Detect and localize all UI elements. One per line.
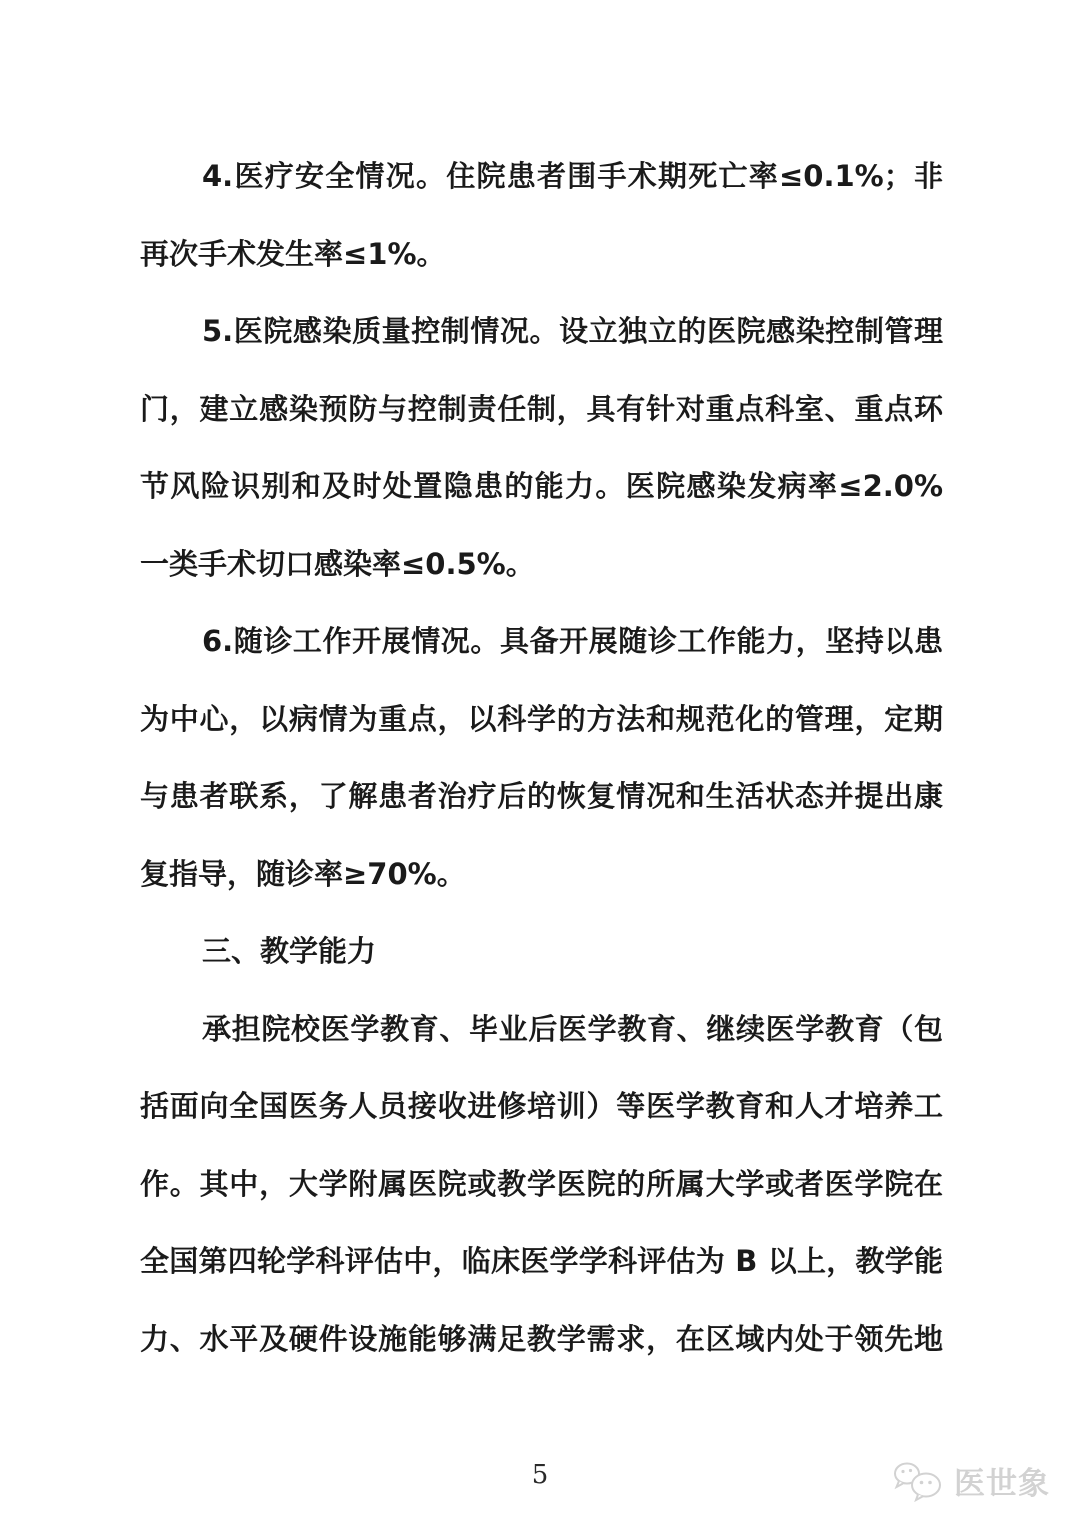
text-line: 承担院校医学教育、毕业后医学教育、继续医学教育（包 [140, 991, 943, 1069]
text-line: 为中心，以病情为重点，以科学的方法和规范化的管理，定期 [140, 681, 943, 759]
document-body: 4.医疗安全情况。住院患者围手术期死亡率≤0.1%；非计划 再次手术发生率≤1%… [140, 138, 943, 1378]
text-line: 门，建立感染预防与控制责任制，具有针对重点科室、重点环 [140, 371, 943, 449]
section-heading: 三、教学能力 [140, 913, 943, 991]
text-line: 作。其中，大学附属医院或教学医院的所属大学或者医学院在 [140, 1146, 943, 1224]
text-line: 再次手术发生率≤1%。 [140, 216, 943, 294]
text-line: 与患者联系，了解患者治疗后的恢复情况和生活状态并提出康 [140, 758, 943, 836]
text-line: 全国第四轮学科评估中，临床医学学科评估为 B 以上，教学能 [140, 1223, 943, 1301]
text-line: 5.医院感染质量控制情况。设立独立的医院感染控制管理部 [140, 293, 943, 371]
document-page: 4.医疗安全情况。住院患者围手术期死亡率≤0.1%；非计划 再次手术发生率≤1%… [0, 0, 1080, 1526]
text-line: 节风险识别和及时处置隐患的能力。医院感染发病率≤2.0% ， [140, 448, 943, 526]
brand-watermark: 医世象 [892, 1458, 1050, 1503]
text-line: 括面向全国医务人员接收进修培训）等医学教育和人才培养工 [140, 1068, 943, 1146]
text-line: 一类手术切口感染率≤0.5%。 [140, 526, 943, 604]
text-line: 力、水平及硬件设施能够满足教学需求，在区域内处于领先地 [140, 1301, 943, 1379]
wechat-chat-bubbles-icon [892, 1460, 946, 1502]
text-line: 6.随诊工作开展情况。具备开展随诊工作能力，坚持以患者 [140, 603, 943, 681]
text-line: 4.医疗安全情况。住院患者围手术期死亡率≤0.1%；非计划 [140, 138, 943, 216]
brand-name: 医世象 [954, 1458, 1050, 1503]
text-line: 复指导，随诊率≥70%。 [140, 836, 943, 914]
